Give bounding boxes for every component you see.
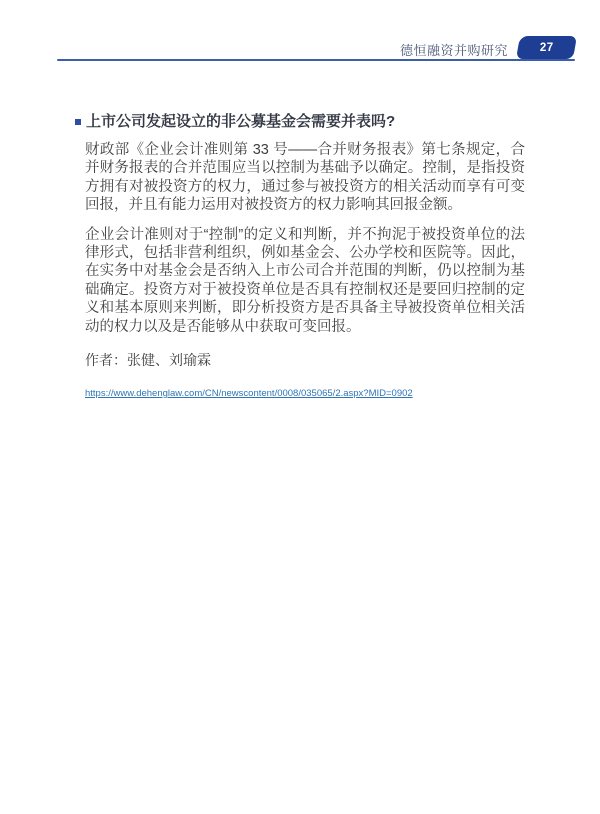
- page-number: 27: [540, 42, 554, 54]
- journal-title: 德恒融资并购研究: [400, 40, 508, 59]
- title-bullet-icon: [75, 119, 81, 125]
- source-link-row: https://www.dehenglaw.com/CN/newscontent…: [85, 383, 525, 401]
- paragraph-2: 企业会计准则对于“控制”的定义和判断，并不拘泥于被投资单位的法律形式，包括非营利…: [85, 226, 525, 336]
- article-title: 上市公司发起设立的非公募基金会需要并表吗?: [86, 112, 395, 132]
- page-header: 德恒融资并购研究 27: [0, 0, 600, 70]
- author-line: 作者：张健、刘瑜霖: [85, 350, 525, 370]
- paragraph-1: 财政部《企业会计准则第 33 号——合并财务报表》第七条规定，合并财务报表的合并…: [85, 141, 525, 215]
- article-link[interactable]: https://www.dehenglaw.com/CN/newscontent…: [85, 388, 413, 399]
- article: 上市公司发起设立的非公募基金会需要并表吗? 财政部《企业会计准则第 33 号——…: [85, 112, 525, 401]
- header-rule: [57, 59, 575, 61]
- page-number-tab: 27: [516, 36, 577, 59]
- article-title-row: 上市公司发起设立的非公募基金会需要并表吗?: [75, 112, 525, 132]
